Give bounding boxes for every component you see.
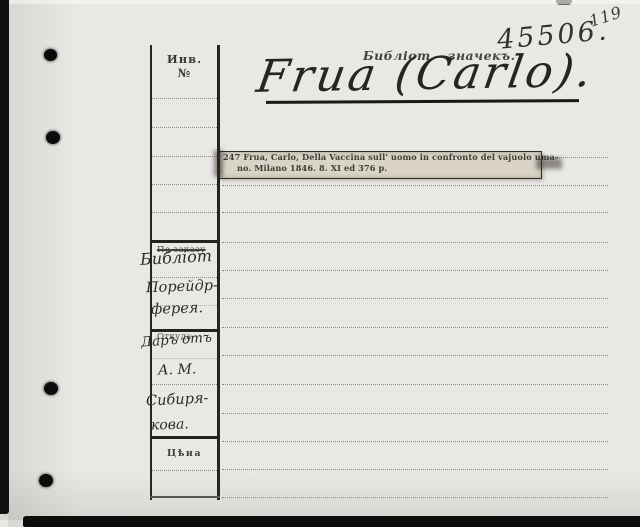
catalog-card-scan: 119 45506. Библіот. значекъ. Frua (Carlo…: [0, 0, 640, 527]
ruled-line: [152, 470, 217, 471]
ruled-line: [152, 184, 217, 185]
order-handwriting-bibliot: Библіот: [140, 246, 213, 269]
scan-edge-top-highlight: [0, 0, 640, 4]
ruled-line: [222, 212, 608, 213]
punch-hole: [46, 131, 60, 144]
inventory-label-line2: №: [151, 66, 218, 80]
ruled-line: [222, 355, 608, 356]
ruled-line: [222, 384, 608, 385]
punch-hole: [44, 382, 58, 395]
ruled-line: [152, 358, 217, 359]
scan-edge-left: [0, 0, 9, 514]
inventory-number-label: Инв. №: [151, 52, 218, 81]
ink-smudge-left: [214, 150, 223, 177]
table-vertical-right: [217, 45, 220, 500]
punch-hole: [44, 49, 57, 61]
price-label: Цѣна: [151, 448, 218, 459]
order-handwriting-name-2: ферея.: [151, 300, 204, 318]
origin-handwriting-gift-from: Даръ отъ: [141, 330, 213, 351]
ruled-line: [222, 441, 608, 442]
inventory-label-line1: Инв.: [151, 52, 218, 66]
ruled-line: [222, 469, 608, 470]
ruled-line: [222, 185, 608, 186]
ruled-line: [152, 127, 217, 128]
ruled-line: [222, 298, 608, 299]
ruled-line: [152, 212, 217, 213]
paper-shading-bottom: [0, 470, 640, 520]
ruled-line: [152, 384, 217, 385]
origin-handwriting-surname-1: Сибиря-: [146, 390, 209, 409]
origin-handwriting-initials: А. М.: [158, 361, 197, 378]
slip-text-line2: no. Milano 1846. 8. XI ed 376 p.: [220, 163, 541, 174]
section-divider: [150, 240, 220, 243]
ruled-line: [222, 413, 608, 414]
origin-handwriting-surname-2: кова.: [151, 416, 189, 433]
paper-shading-left: [8, 0, 78, 527]
ruled-line: [152, 156, 217, 157]
section-divider: [150, 436, 220, 439]
ruled-line: [222, 270, 608, 271]
author-heading: Frua (Carlo).: [254, 48, 598, 99]
ruled-line: [152, 98, 217, 99]
slip-text-line1: 247 Frua, Carlo, Della Vaccina sull' uom…: [220, 152, 541, 163]
ruled-line: [222, 327, 608, 328]
ruled-line: [222, 497, 608, 498]
punch-hole: [39, 474, 53, 487]
order-handwriting-name-1: Порейдр-: [146, 278, 218, 297]
ink-smudge-right: [536, 158, 562, 169]
pasted-entry-slip: 247 Frua, Carlo, Della Vaccina sull' uom…: [219, 151, 542, 179]
scan-edge-bottom: [23, 516, 640, 527]
table-bottom-line: [150, 496, 220, 498]
ruled-line: [222, 242, 608, 243]
